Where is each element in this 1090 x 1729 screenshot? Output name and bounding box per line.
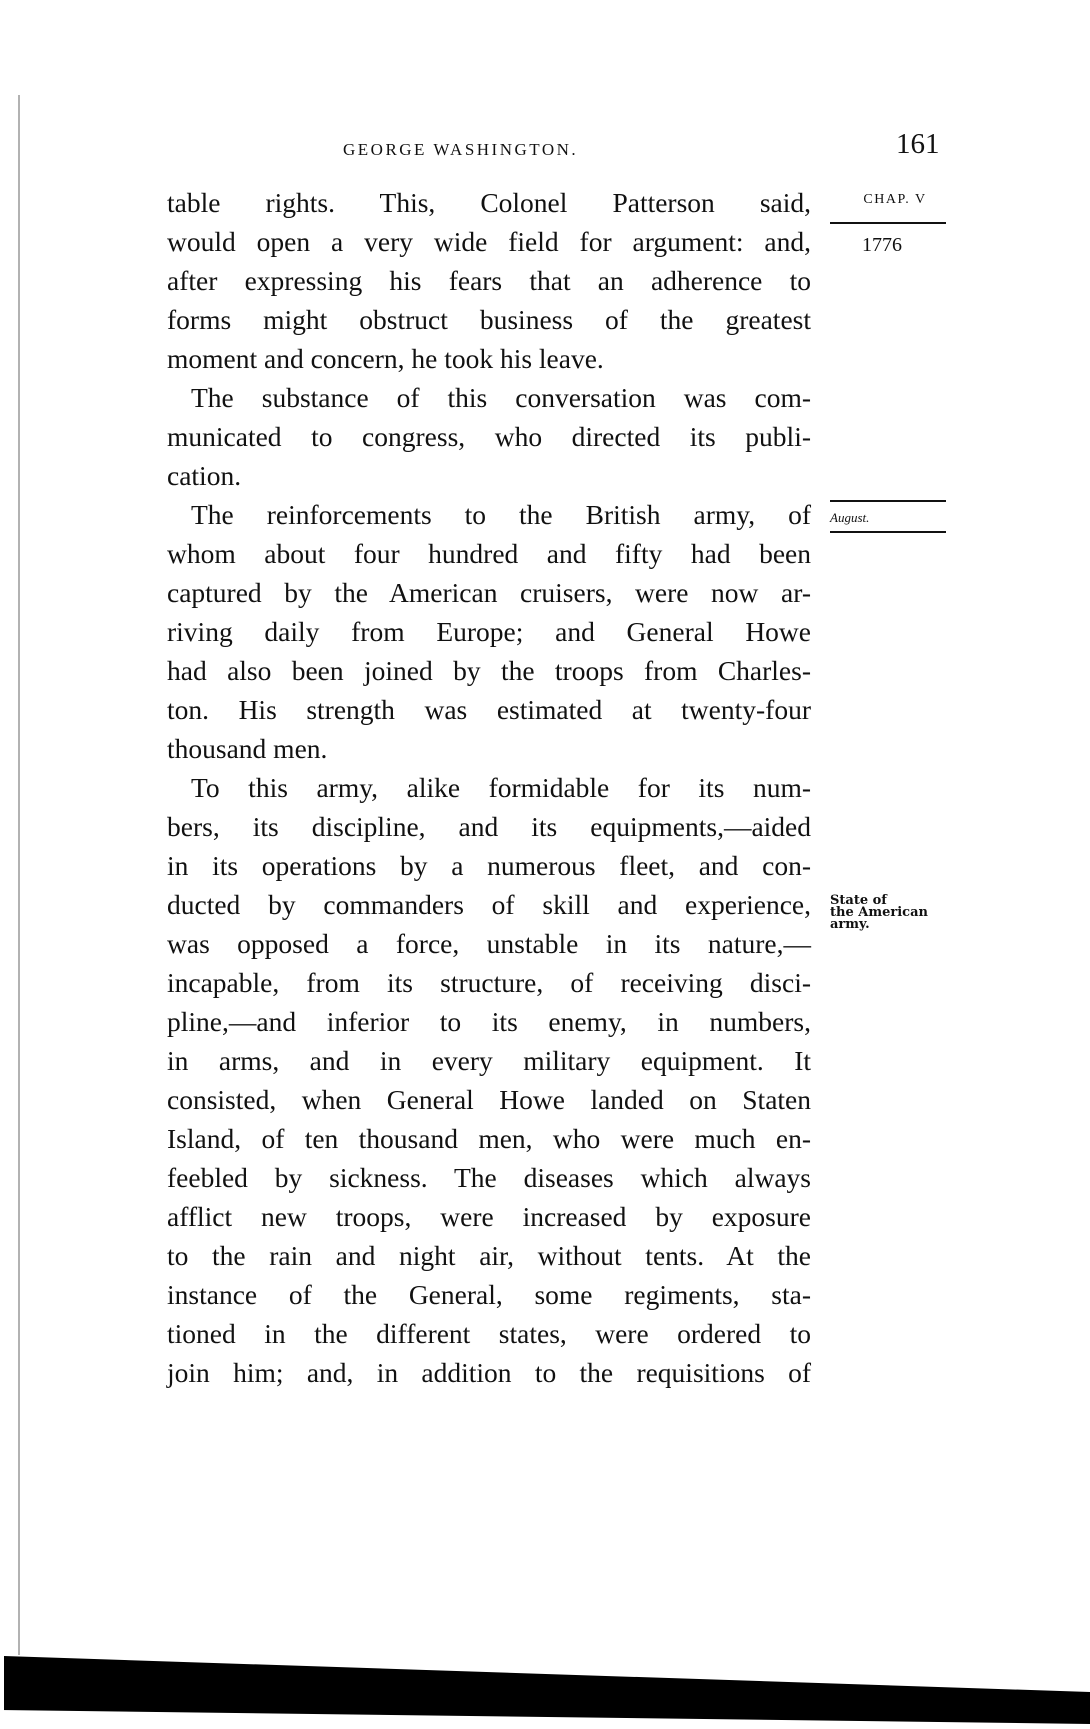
- text-line: moment and concern, he took his leave.: [167, 339, 811, 378]
- text-line: Island, of ten thousand men, who were mu…: [167, 1119, 811, 1158]
- text-line: table rights. This, Colonel Patterson sa…: [167, 183, 811, 222]
- text-line: cation.: [167, 456, 811, 495]
- margin-month: August.: [830, 510, 869, 526]
- text-line: was opposed a force, unstable in its nat…: [167, 924, 811, 963]
- text-line: thousand men.: [167, 729, 811, 768]
- text-line: captured by the American cruisers, were …: [167, 573, 811, 612]
- text-line: instance of the General, some regiments,…: [167, 1275, 811, 1314]
- scan-bottom-edge: [0, 1640, 1090, 1729]
- text-line: would open a very wide field for argumen…: [167, 222, 811, 261]
- page-number: 161: [896, 128, 940, 161]
- body-text: table rights. This, Colonel Patterson sa…: [167, 183, 811, 1392]
- text-line: consisted, when General Howe landed on S…: [167, 1080, 811, 1119]
- text-line: incapable, from its structure, of receiv…: [167, 963, 811, 1002]
- text-line: ton. His strength was estimated at twent…: [167, 690, 811, 729]
- side-note-line: army.: [830, 919, 928, 931]
- text-line: bers, its discipline, and its equipments…: [167, 807, 811, 846]
- margin-year: 1776: [862, 234, 902, 257]
- running-head: GEORGE WASHINGTON.: [343, 140, 578, 160]
- text-line: afflict new troops, were increased by ex…: [167, 1197, 811, 1236]
- margin-rule: [830, 531, 946, 533]
- margin-rule: [830, 500, 946, 502]
- text-line: The reinforcements to the British army, …: [167, 495, 811, 534]
- text-line: after expressing his fears that an adher…: [167, 261, 811, 300]
- text-line: ducted by commanders of skill and experi…: [167, 885, 811, 924]
- text-line: in its operations by a numerous fleet, a…: [167, 846, 811, 885]
- text-line: to the rain and night air, without tents…: [167, 1236, 811, 1275]
- text-line: The substance of this conversation was c…: [167, 378, 811, 417]
- text-line: whom about four hundred and fifty had be…: [167, 534, 811, 573]
- text-line: tioned in the different states, were ord…: [167, 1314, 811, 1353]
- margin-rule: [830, 222, 946, 224]
- text-line: join him; and, in addition to the requis…: [167, 1353, 811, 1392]
- scan-left-edge: [18, 95, 20, 1655]
- text-line: municated to congress, who directed its …: [167, 417, 811, 456]
- text-line: pline,—and inferior to its enemy, in num…: [167, 1002, 811, 1041]
- text-line: forms might obstruct business of the gre…: [167, 300, 811, 339]
- text-line: in arms, and in every military equipment…: [167, 1041, 811, 1080]
- side-note: State of the American army.: [830, 895, 928, 931]
- text-line: To this army, alike formidable for its n…: [167, 768, 811, 807]
- text-line: had also been joined by the troops from …: [167, 651, 811, 690]
- margin-chapter: CHAP. V: [845, 192, 945, 208]
- text-line: feebled by sickness. The diseases which …: [167, 1158, 811, 1197]
- text-line: riving daily from Europe; and General Ho…: [167, 612, 811, 651]
